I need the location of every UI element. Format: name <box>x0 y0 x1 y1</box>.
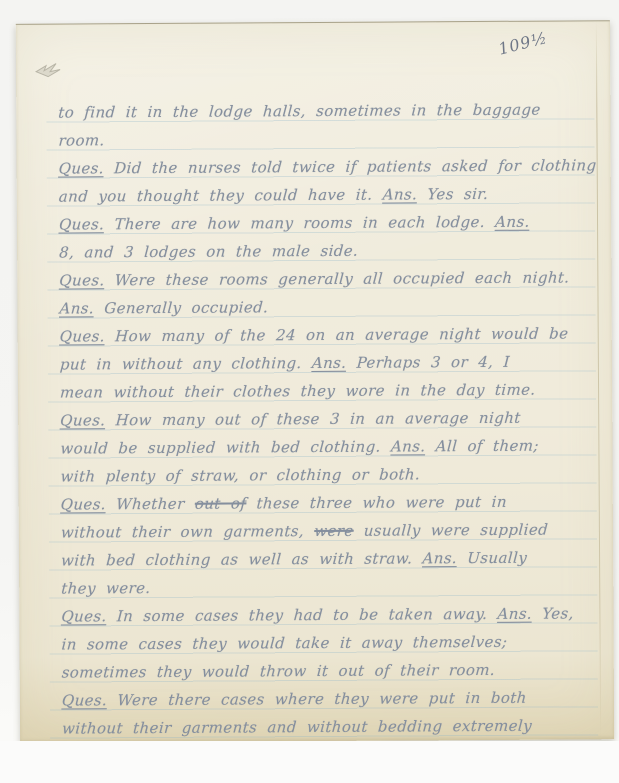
staple-mark <box>34 58 68 86</box>
text-segment: There are how many rooms in each lodge. <box>104 213 496 233</box>
text-segment: put in without any clothing. <box>59 354 312 374</box>
handwriting: to find it in the lodge halls, sometimes… <box>58 95 610 742</box>
text-line: 8, and 3 lodges on the male side. <box>58 235 608 266</box>
text-segment: Were there cases where they were put in … <box>107 689 528 710</box>
text-segment: these three who were put in <box>246 493 508 513</box>
text-line: Ques. In some cases they had to be taken… <box>61 599 611 630</box>
qa-label: Ques. <box>61 607 107 625</box>
text-line: put in without any clothing. Ans. Perhap… <box>59 347 609 378</box>
qa-label: Ques. <box>61 691 107 709</box>
text-line: room. <box>58 123 608 154</box>
page-number: 109½ <box>496 28 549 59</box>
text-segment: with bed clothing as well as with straw. <box>61 549 424 569</box>
text-line: Ques. Whether out of these three who wer… <box>60 487 610 518</box>
text-segment: Were these rooms generally all occupied … <box>104 268 570 289</box>
text-line: and you thought they could have it. Ans.… <box>58 179 608 210</box>
text-segment: they were. <box>61 579 151 598</box>
qa-label: Ques. <box>58 215 104 233</box>
text-line: Ques. How many out of these 3 in an aver… <box>59 403 609 434</box>
text-line: would be supplied with bed clothing. Ans… <box>60 431 610 462</box>
text-segment: with plenty of straw, or clothing or bot… <box>60 465 421 485</box>
text-segment: out of <box>194 494 247 512</box>
text-line: without their garments and without beddi… <box>61 711 611 742</box>
text-line: they were. <box>60 571 610 602</box>
text-segment: All of them; <box>425 437 540 456</box>
qa-label: Ans. <box>311 354 347 372</box>
text-segment: 8, and 3 lodges on the male side. <box>59 242 359 262</box>
text-segment: Generally occupied. <box>94 298 269 317</box>
qa-label: Ans. <box>382 185 418 203</box>
qa-label: Ans. <box>59 299 95 317</box>
text-segment: and you thought they could have it. <box>58 186 383 206</box>
text-segment: Whether <box>105 495 195 514</box>
text-segment: Perhaps 3 or 4, I <box>346 353 511 372</box>
text-line: in some cases they would take it away th… <box>61 627 611 658</box>
qa-label: Ques. <box>60 495 106 513</box>
qa-label: Ques. <box>59 271 105 289</box>
qa-label: Ans. <box>495 213 531 231</box>
text-segment: to find it in the lodge halls, sometimes… <box>58 101 542 122</box>
text-segment: sometimes they would throw it out of the… <box>61 661 496 682</box>
text-segment: without their garments and without beddi… <box>62 717 533 738</box>
text-line: with plenty of straw, or clothing or bot… <box>60 459 610 490</box>
text-line: with bed clothing as well as with straw.… <box>60 543 610 574</box>
text-line: sometimes they would throw it out of the… <box>61 655 611 686</box>
text-segment: Usually <box>457 549 528 567</box>
scan-bottom-margin <box>0 741 619 783</box>
text-segment: How many of the 24 on an average night w… <box>104 324 569 345</box>
qa-label: Ques. <box>58 159 104 177</box>
text-segment: mean without their clothes they wore in … <box>59 381 536 402</box>
text-line: to find it in the lodge halls, sometimes… <box>57 95 607 126</box>
text-segment: room. <box>58 131 105 149</box>
qa-label: Ques. <box>60 411 106 429</box>
scanned-document: { "page": { "number": "109½", "lines": [… <box>0 0 619 783</box>
text-line: Ques. Were there cases where they were p… <box>61 683 611 714</box>
text-segment: Did the nurses told twice if patients as… <box>103 156 597 177</box>
text-line: Ques. There are how many rooms in each l… <box>58 207 608 238</box>
text-line: Ans. Generally occupied. <box>59 291 609 322</box>
qa-label: Ques. <box>59 327 105 345</box>
text-segment: How many out of these 3 in an average ni… <box>105 409 521 430</box>
text-line: Ques. How many of the 24 on an average n… <box>59 319 609 350</box>
text-segment: would be supplied with bed clothing. <box>60 438 392 458</box>
text-line: Ques. Did the nurses told twice if patie… <box>58 151 608 182</box>
text-line: mean without their clothes they wore in … <box>59 375 609 406</box>
paper-page: 109½ to find it in the lodge halls, some… <box>16 20 614 743</box>
text-segment: were <box>314 522 355 540</box>
text-segment: Yes sir. <box>417 185 489 203</box>
qa-label: Ans. <box>422 549 458 567</box>
text-line: without their own garments, were usually… <box>60 515 610 546</box>
text-segment: without their own garments, <box>60 522 315 542</box>
text-segment: usually were supplied <box>353 521 549 540</box>
text-line: Ques. Were these rooms generally all occ… <box>58 263 608 294</box>
text-segment: Yes, <box>532 604 575 622</box>
qa-label: Ans. <box>390 437 426 455</box>
text-segment: in some cases they would take it away th… <box>61 633 508 654</box>
qa-label: Ans. <box>497 605 533 623</box>
text-segment: In some cases they had to be taken away. <box>106 605 498 625</box>
